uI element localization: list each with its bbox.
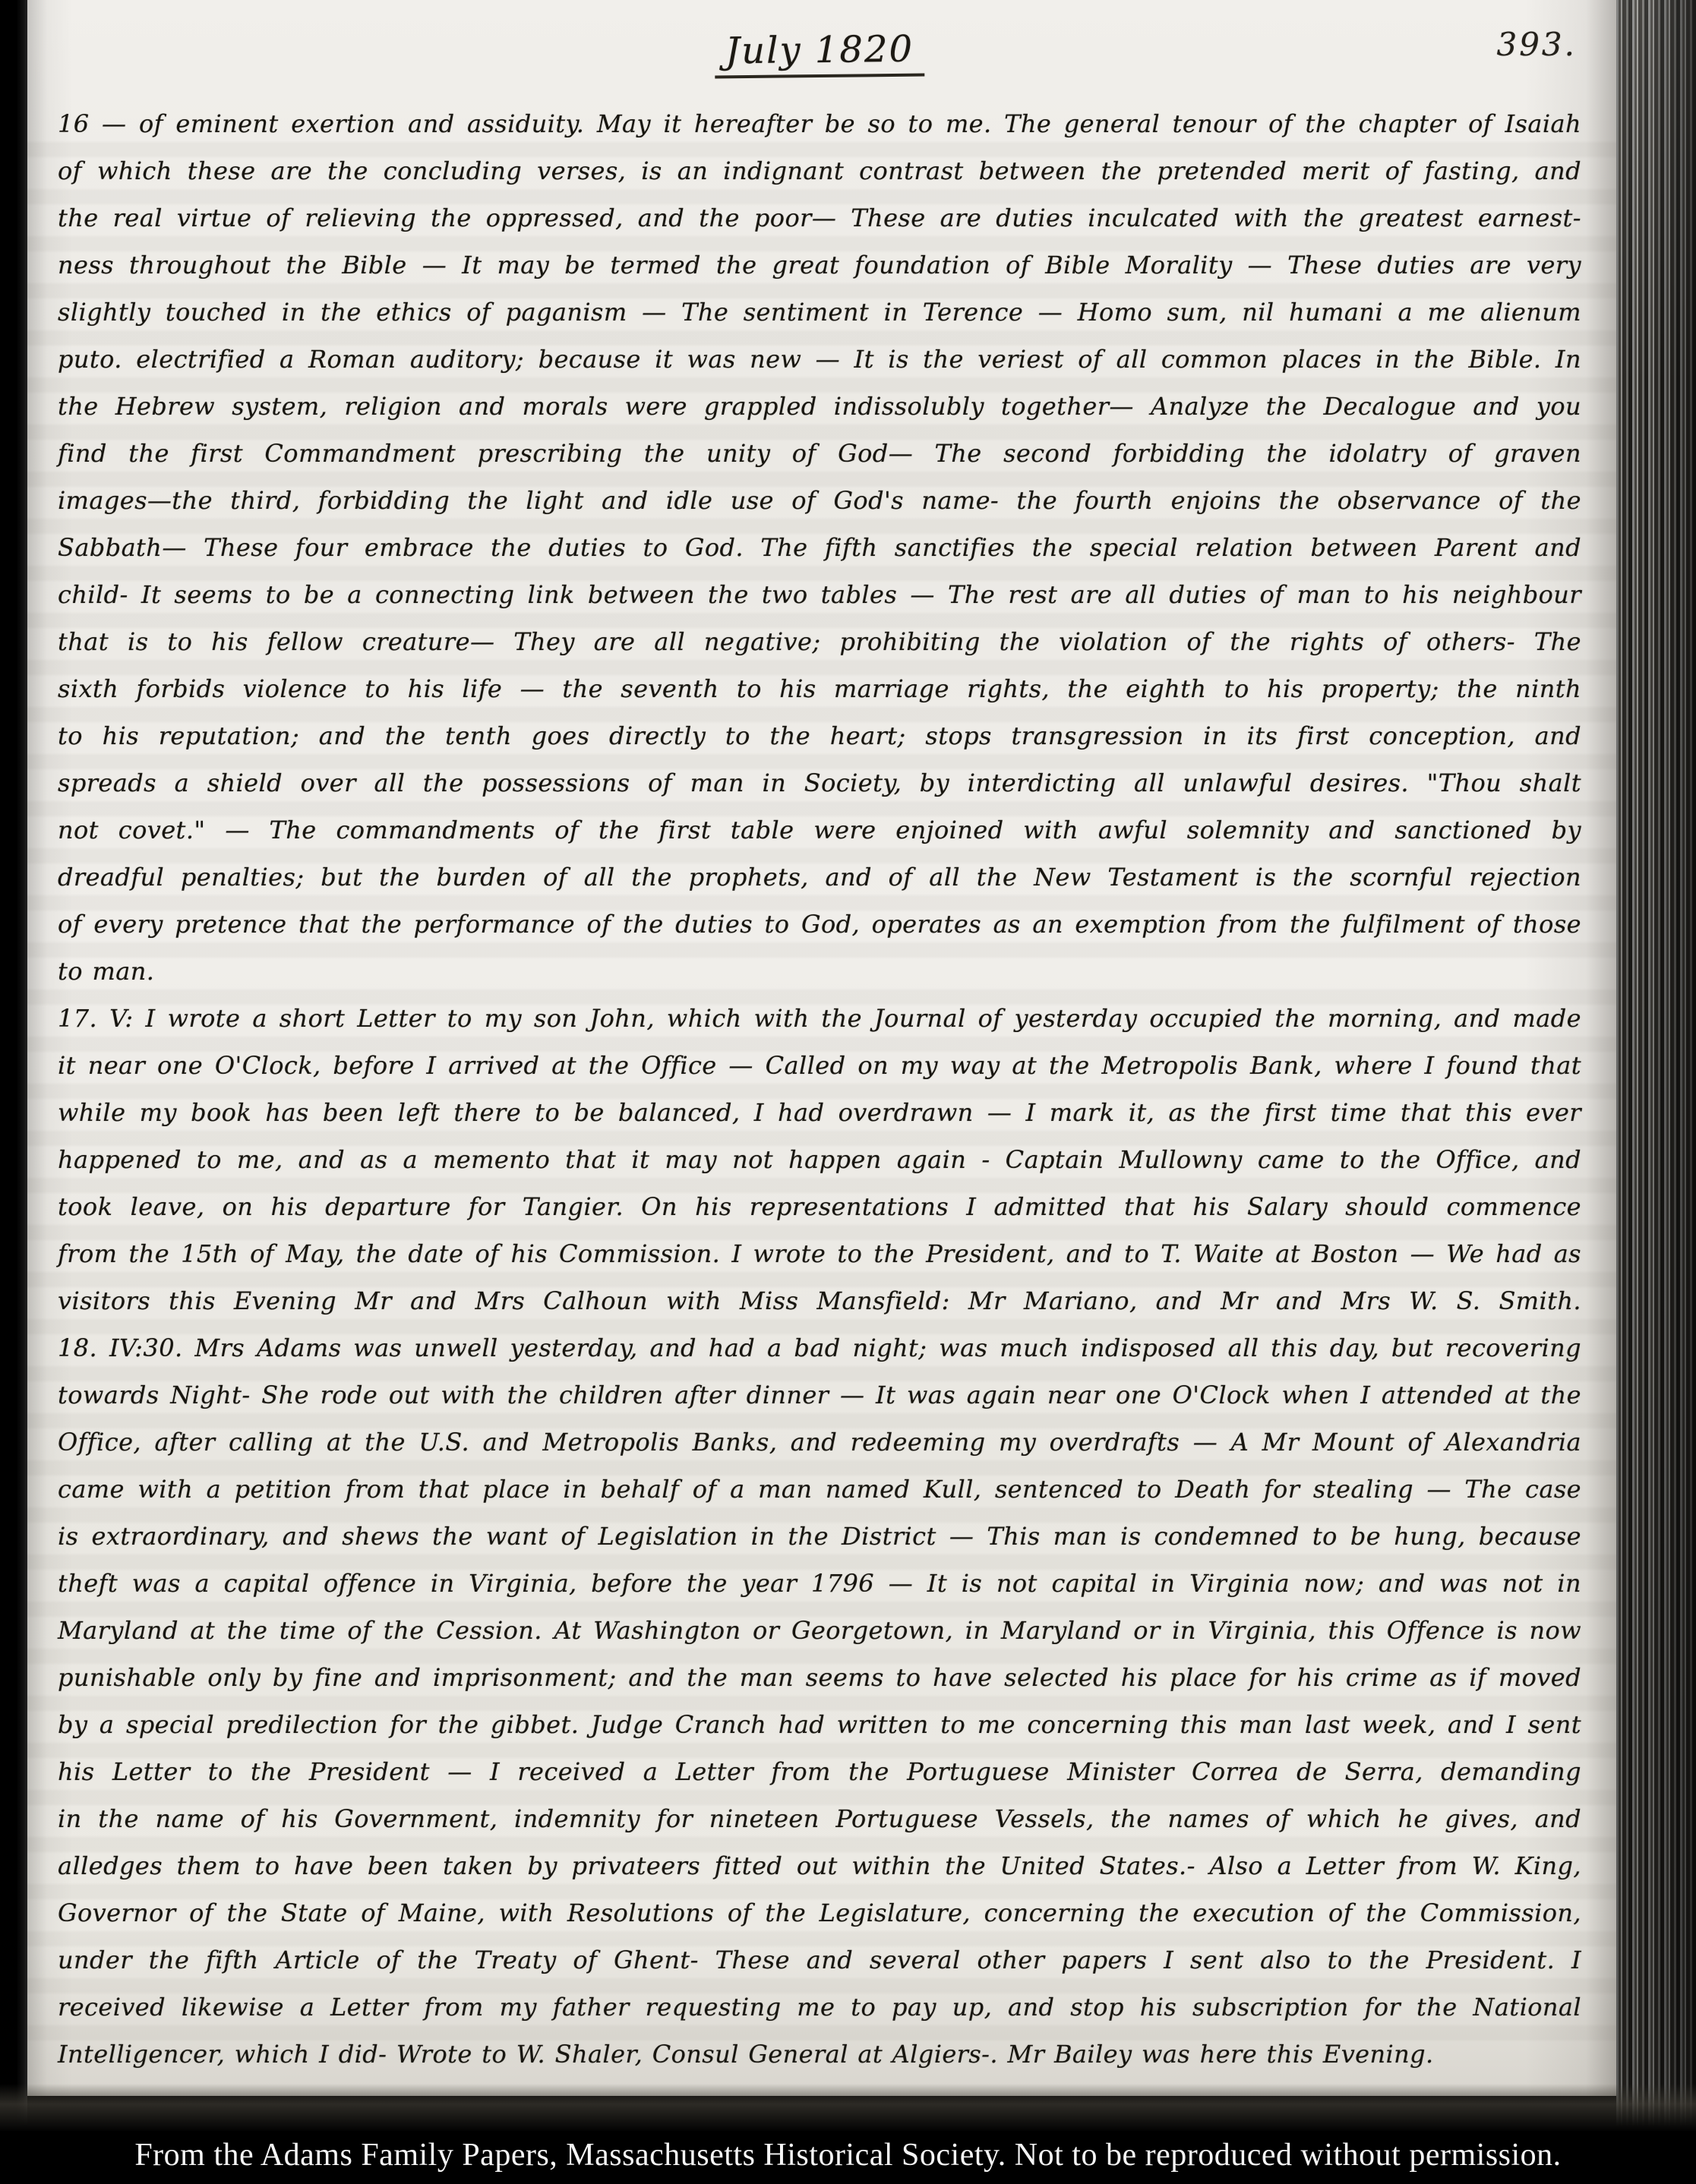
manuscript-line: child- It seems to be a connecting link …	[58, 571, 1581, 618]
manuscript-line: alledges them to have been taken by priv…	[58, 1842, 1581, 1889]
manuscript-line: slightly touched in the ethics of pagani…	[58, 289, 1581, 336]
manuscript-line: from the 15th of May, the date of his Co…	[58, 1230, 1581, 1277]
page-heading-date: July 1820	[715, 28, 925, 79]
manuscript-line: 17. V: I wrote a short Letter to my son …	[58, 995, 1581, 1042]
manuscript-line: under the fifth Article of the Treaty of…	[58, 1936, 1581, 1984]
diary-page: July 1820 393. 16 — of eminent exertion …	[27, 0, 1616, 2096]
diary-text: 16 — of eminent exertion and assiduity. …	[58, 100, 1581, 2078]
manuscript-line: it near one O'Clock, before I arrived at…	[58, 1042, 1581, 1089]
credit-caption: From the Adams Family Papers, Massachuse…	[0, 2131, 1696, 2179]
manuscript-line: of every pretence that the performance o…	[58, 901, 1581, 948]
manuscript-line: while my book has been left there to be …	[58, 1089, 1581, 1136]
manuscript-line: took leave, on his departure for Tangier…	[58, 1183, 1581, 1230]
manuscript-line: towards Night- She rode out with the chi…	[58, 1371, 1581, 1419]
manuscript-line: his Letter to the President — I received…	[58, 1748, 1581, 1795]
manuscript-line: find the first Commandment prescribing t…	[58, 430, 1581, 477]
manuscript-line: puto. electrified a Roman auditory; beca…	[58, 336, 1581, 383]
manuscript-photo: July 1820 393. 16 — of eminent exertion …	[0, 0, 1696, 2184]
page-number: 393.	[1496, 26, 1577, 63]
manuscript-line: spreads a shield over all the possession…	[58, 759, 1581, 806]
manuscript-line: not covet." — The commandments of the fi…	[58, 806, 1581, 854]
manuscript-line: Maryland at the time of the Cession. At …	[58, 1607, 1581, 1654]
credit-bar: From the Adams Family Papers, Massachuse…	[0, 2131, 1696, 2184]
manuscript-line: happened to me, and as a memento that it…	[58, 1136, 1581, 1183]
manuscript-line: ness throughout the Bible — It may be te…	[58, 241, 1581, 289]
page-heading: July 1820	[58, 29, 1581, 77]
manuscript-line: 16 — of eminent exertion and assiduity. …	[58, 100, 1581, 147]
manuscript-line: the Hebrew system, religion and morals w…	[58, 383, 1581, 430]
book-spine-edge	[0, 0, 27, 2131]
manuscript-line: in the name of his Government, indemnity…	[58, 1795, 1581, 1842]
manuscript-line: came with a petition from that place in …	[58, 1466, 1581, 1513]
book-fore-edge	[1616, 0, 1696, 2126]
manuscript-line: to his reputation; and the tenth goes di…	[58, 712, 1581, 759]
manuscript-line: sixth forbids violence to his life — the…	[58, 665, 1581, 712]
manuscript-line: the real virtue of relieving the oppress…	[58, 194, 1581, 241]
manuscript-line: to man.	[58, 948, 1581, 995]
manuscript-line: images—the third, forbidding the light a…	[58, 477, 1581, 524]
manuscript-line: Governor of the State of Maine, with Res…	[58, 1889, 1581, 1936]
manuscript-line: Intelligencer, which I did- Wrote to W. …	[58, 2031, 1581, 2078]
manuscript-line: dreadful penalties; but the burden of al…	[58, 854, 1581, 901]
manuscript-line: theft was a capital offence in Virginia,…	[58, 1560, 1581, 1607]
manuscript-line: visitors this Evening Mr and Mrs Calhoun…	[58, 1277, 1581, 1324]
manuscript-line: punishable only by fine and imprisonment…	[58, 1654, 1581, 1701]
manuscript-line: by a special predilection for the gibbet…	[58, 1701, 1581, 1748]
manuscript-line: Office, after calling at the U.S. and Me…	[58, 1419, 1581, 1466]
manuscript-line: is extraordinary, and shews the want of …	[58, 1513, 1581, 1560]
manuscript-line: received likewise a Letter from my fathe…	[58, 1984, 1581, 2031]
book-bottom-edge	[0, 2084, 1696, 2132]
manuscript-line: Sabbath— These four embrace the duties t…	[58, 524, 1581, 571]
manuscript-line: 18. IV:30. Mrs Adams was unwell yesterda…	[58, 1324, 1581, 1371]
manuscript-line: that is to his fellow creature— They are…	[58, 618, 1581, 665]
manuscript-line: of which these are the concluding verses…	[58, 147, 1581, 194]
